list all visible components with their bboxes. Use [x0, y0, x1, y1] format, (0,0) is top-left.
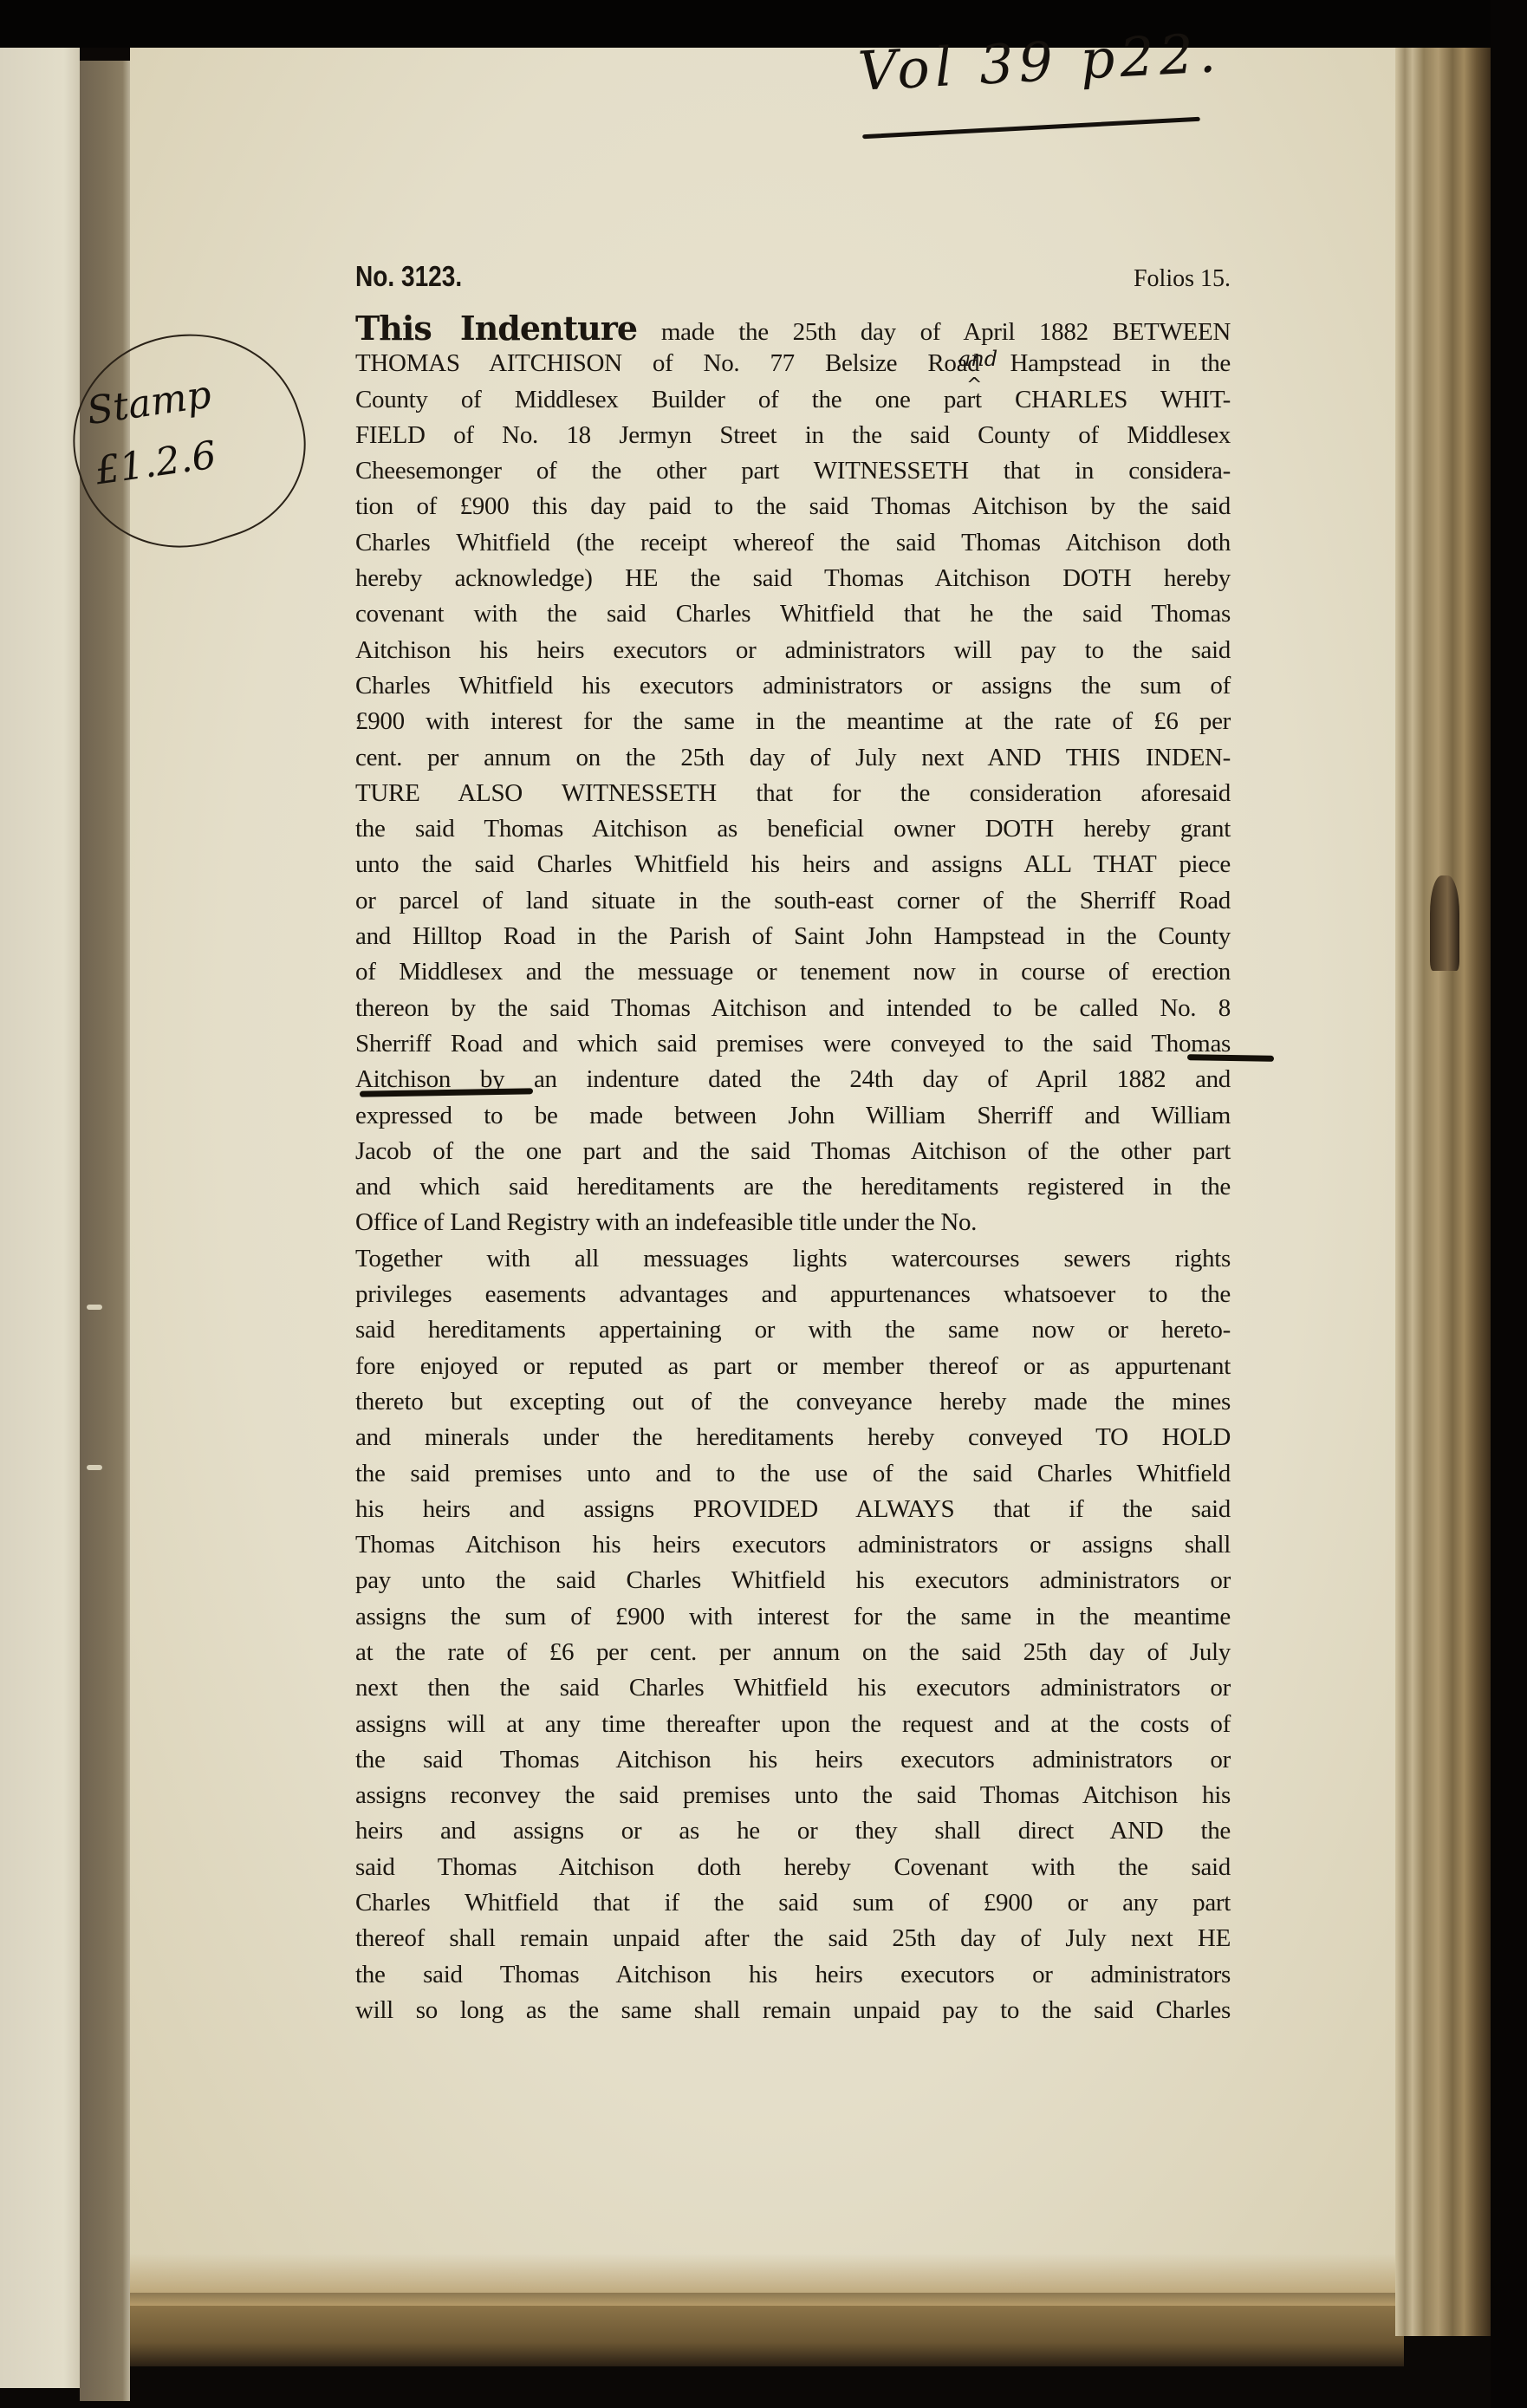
- text-line: hereby acknowledge) HE the said Thomas A…: [355, 561, 1231, 596]
- page-tab-marker: [1430, 875, 1459, 971]
- document-header: No. 3123. Folios 15.: [355, 260, 1231, 310]
- text-line: Charles Whitfield (the receipt whereof t…: [355, 525, 1231, 561]
- text-line: pay unto the said Charles Whitfield his …: [355, 1563, 1231, 1598]
- text-line: expressed to be made between John Willia…: [355, 1098, 1231, 1134]
- text-line: Charles Whitfield that if the said sum o…: [355, 1885, 1231, 1921]
- text-line: Cheesemonger of the other part WITNESSET…: [355, 453, 1231, 489]
- text-line: next then the said Charles Whitfield his…: [355, 1670, 1231, 1706]
- folio-count: Folios 15.: [1134, 265, 1231, 293]
- text-line: County of Middlesex Builder of the one p…: [355, 382, 1231, 418]
- text-line: THOMAS AITCHISON of No. 77 Belsize Road …: [355, 346, 1231, 381]
- text-line: Sherriff Road and which said premises we…: [355, 1026, 1231, 1062]
- text-line: the said premises unto and to the use of…: [355, 1456, 1231, 1492]
- text-line: the said Thomas Aitchison his heirs exec…: [355, 1957, 1231, 1993]
- binding-stitch: [87, 1305, 102, 1310]
- text-line: heirs and assigns or as he or they shall…: [355, 1813, 1231, 1849]
- text-line: thereon by the said Thomas Aitchison and…: [355, 991, 1231, 1026]
- text-line: unto the said Charles Whitfield his heir…: [355, 847, 1231, 882]
- text-line: said Thomas Aitchison doth hereby Covena…: [355, 1850, 1231, 1885]
- text-line: fore enjoyed or reputed as part or membe…: [355, 1349, 1231, 1384]
- page-edges-stack: [1395, 48, 1491, 2336]
- text-line: and minerals under the hereditaments her…: [355, 1420, 1231, 1455]
- handwritten-insertion: and: [958, 347, 997, 371]
- text-line: at the rate of £6 per cent. per annum on…: [355, 1635, 1231, 1670]
- book-binding-right: [1491, 0, 1527, 2408]
- text-line: the said Thomas Aitchison as beneficial …: [355, 811, 1231, 847]
- text-line: the said Thomas Aitchison his heirs exec…: [355, 1742, 1231, 1778]
- scan-top-background: [0, 0, 1527, 48]
- text-line: assigns will at any time thereafter upon…: [355, 1707, 1231, 1742]
- document-number: No. 3123.: [355, 260, 462, 293]
- text-line: cent. per annum on the 25th day of July …: [355, 740, 1231, 776]
- text-line: or parcel of land situate in the south-e…: [355, 883, 1231, 919]
- text-line: and which said hereditaments are the her…: [355, 1169, 1231, 1205]
- text-line: of Middlesex and the messuage or tenemen…: [355, 954, 1231, 990]
- page-torn-bottom-edge: [130, 2306, 1404, 2366]
- binding-stitch: [87, 1465, 102, 1470]
- text-line: Charles Whitfield his executors administ…: [355, 668, 1231, 704]
- text-line: thereto but excepting out of the conveya…: [355, 1384, 1231, 1420]
- text-line: thereof shall remain unpaid after the sa…: [355, 1921, 1231, 1956]
- text-line: £900 with interest for the same in the m…: [355, 704, 1231, 739]
- text-line: and Hilltop Road in the Parish of Saint …: [355, 919, 1231, 954]
- indenture-text: No. 3123. Folios 15. This Indenture made…: [355, 260, 1231, 2028]
- text-line: Together with all messuages lights water…: [355, 1241, 1231, 1277]
- text-line: tion of £900 this day paid to the said T…: [355, 489, 1231, 524]
- text-line: TURE ALSO WITNESSETH that for the consid…: [355, 776, 1231, 811]
- text-line: assigns the sum of £900 with interest fo…: [355, 1599, 1231, 1635]
- text-line: Jacob of the one part and the said Thoma…: [355, 1134, 1231, 1169]
- text-line: FIELD of No. 18 Jermyn Street in the sai…: [355, 418, 1231, 453]
- insertion-caret-icon: ^: [966, 374, 982, 396]
- page-bottom-stain: [130, 2254, 1404, 2306]
- text-line: Office of Land Registry with an indefeas…: [355, 1205, 1231, 1240]
- text-line: covenant with the said Charles Whitfield…: [355, 596, 1231, 632]
- text-line: assigns reconvey the said premises unto …: [355, 1778, 1231, 1813]
- text-line: privileges easements advantages and appu…: [355, 1277, 1231, 1312]
- left-facing-page-edge: [0, 48, 80, 2388]
- text-line: said hereditaments appertaining or with …: [355, 1312, 1231, 1348]
- text-line: Aitchison his heirs executors or adminis…: [355, 633, 1231, 668]
- text-line: his heirs and assigns PROVIDED ALWAYS th…: [355, 1492, 1231, 1527]
- stamp-duty-note: Stamp £1.2.6: [83, 365, 224, 503]
- text-line: This Indenture made the 25th day of Apri…: [355, 310, 1231, 346]
- opening-words: This Indenture: [355, 309, 637, 348]
- text-line: will so long as the same shall remain un…: [355, 1993, 1231, 2028]
- text-line: Thomas Aitchison his heirs executors adm…: [355, 1527, 1231, 1563]
